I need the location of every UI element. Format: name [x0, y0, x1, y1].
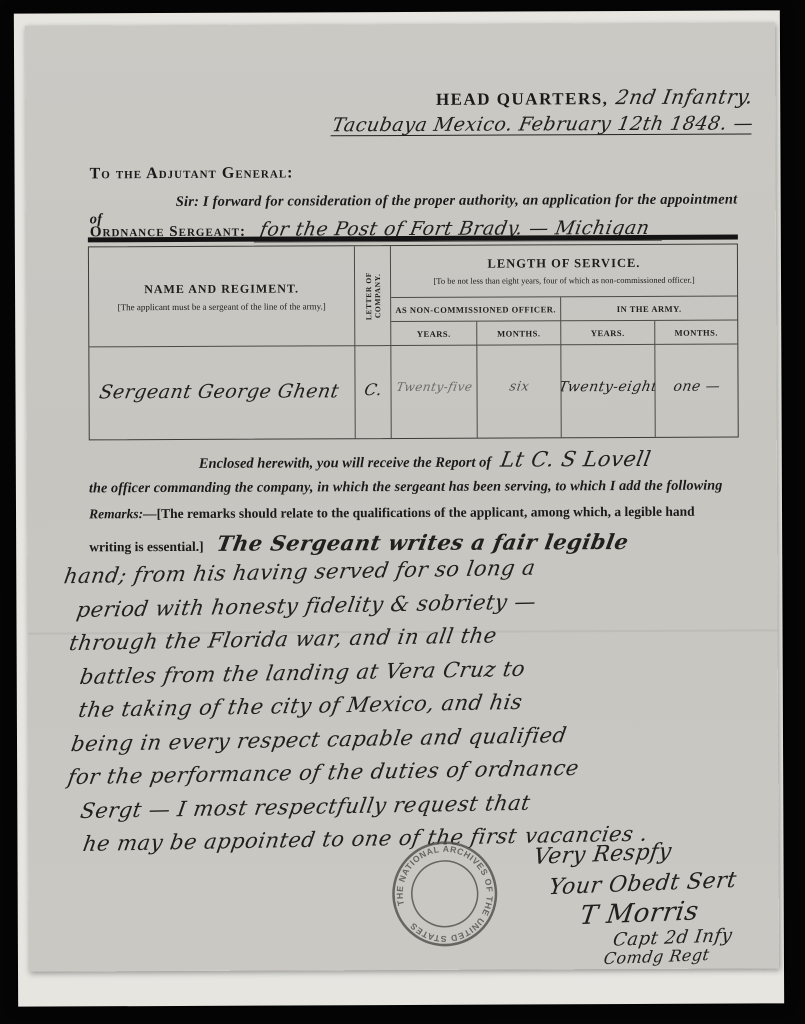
- remarks-note: [The remarks should relate to the qualif…: [157, 504, 695, 521]
- nco-years-value: Twenty-five: [395, 380, 473, 394]
- nco-years-cell: Twenty-five: [391, 346, 477, 438]
- headquarters-line: HEAD QUARTERS,2nd Infantry.: [332, 84, 753, 110]
- writing-essential-label: writing is essential.]: [89, 539, 203, 554]
- applicant-name-cell: Sergeant George Ghent: [89, 346, 355, 439]
- army-years-value: Twenty-eight: [561, 379, 655, 395]
- applicant-name-value: Sergeant George Ghent: [98, 380, 341, 403]
- army-months-header: MONTHS.: [655, 321, 737, 345]
- company-letter-label: LETTER OF COMPANY.: [363, 250, 381, 342]
- nco-group-header: AS NON-COMMISSIONED OFFICER.: [391, 297, 561, 322]
- nco-months-value: six: [508, 379, 530, 394]
- enclosed-printed: Enclosed herewith, you will receive the …: [199, 455, 491, 472]
- name-regiment-note: [The applicant must be a sergeant of the…: [118, 301, 326, 312]
- length-of-service-header: LENGTH OF SERVICE. [To be not less than …: [391, 245, 737, 299]
- signature: T Morris: [578, 896, 700, 931]
- army-months-value: one —: [672, 379, 721, 395]
- army-months-cell: one —: [655, 345, 737, 437]
- stamp-text: THE NATIONAL ARCHIVES OF THE UNITED STAT…: [383, 832, 506, 955]
- enclosed-report-line: Enclosed herewith, you will receive the …: [89, 446, 749, 473]
- nco-years-header: YEARS.: [391, 322, 477, 346]
- company-letter-value: C.: [363, 380, 384, 399]
- remarks-label: Remarks:—: [89, 506, 157, 521]
- company-letter-header: LETTER OF COMPANY.: [355, 246, 391, 346]
- report-officer-name: Lt C. S Lovell: [499, 447, 653, 472]
- length-of-service-note: [To be not less than eight years, four o…: [433, 275, 694, 286]
- nco-months-header: MONTHS.: [477, 321, 561, 345]
- remarks-handwritten-block: hand; from his having served for so long…: [63, 552, 748, 866]
- headquarters-printed: HEAD QUARTERS,: [436, 89, 609, 109]
- scanned-document-photo: { "colors":{"paper":"#c9c7c1","backing":…: [0, 0, 805, 1024]
- addressee-line: To the Adjutant General:: [90, 164, 294, 183]
- nco-months-cell: six: [477, 345, 561, 437]
- length-of-service-title: LENGTH OF SERVICE.: [487, 256, 640, 272]
- army-years-cell: Twenty-eight: [561, 345, 655, 437]
- signature-command: Comdg Regt: [603, 945, 711, 968]
- company-letter-cell: C.: [355, 346, 391, 438]
- closing-block: Very Respfy Your Obedt Sert T Morris Cap…: [481, 835, 781, 973]
- name-regiment-title: NAME AND REGIMENT.: [144, 281, 299, 297]
- letterhead: HEAD QUARTERS,2nd Infantry. Tacubaya Mex…: [332, 84, 753, 136]
- closing-respectfully: Very Respfy: [532, 839, 673, 870]
- remarks-instruction-line: Remarks:—[The remarks should relate to t…: [89, 503, 751, 522]
- unit-handwritten: 2nd Infantry.: [614, 84, 755, 109]
- writing-essential-line: writing is essential.]The Sergeant write…: [89, 529, 629, 556]
- application-table: NAME AND REGIMENT. [The applicant must b…: [88, 244, 739, 441]
- closing-obedient-servant: Your Obedt Sert: [547, 868, 738, 901]
- svg-text:THE NATIONAL ARCHIVES OF THE U: THE NATIONAL ARCHIVES OF THE UNITED STAT…: [383, 832, 506, 955]
- name-regiment-header: NAME AND REGIMENT. [The applicant must b…: [89, 246, 355, 347]
- officer-commanding-line: the officer commanding the company, in w…: [89, 477, 751, 497]
- document-page: HEAD QUARTERS,2nd Infantry. Tacubaya Mex…: [25, 22, 779, 971]
- place-date-line: Tacubaya Mexico. February 12th 1848. —: [331, 112, 756, 136]
- remarks-handwritten-line-0: The Sergeant writes a fair legible: [215, 529, 631, 556]
- army-group-header: IN THE ARMY.: [561, 297, 737, 322]
- army-years-header: YEARS.: [561, 321, 655, 345]
